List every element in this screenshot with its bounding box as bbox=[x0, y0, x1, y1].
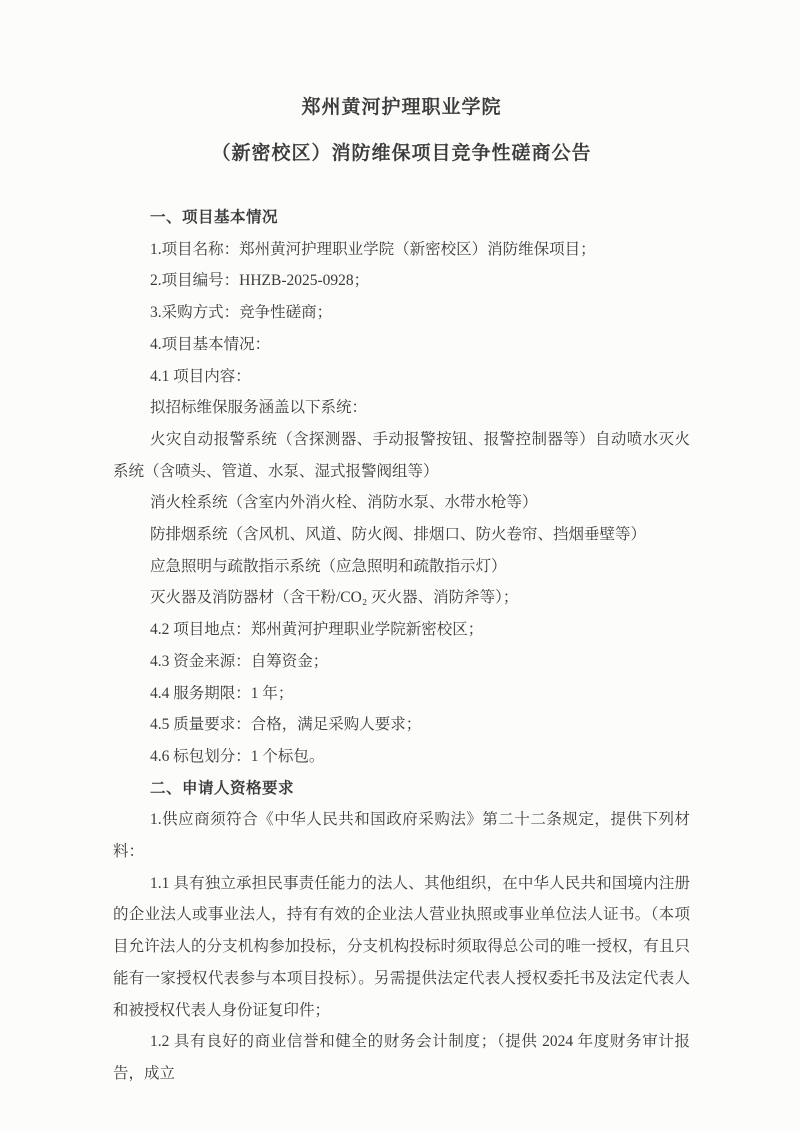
paragraph: 1.2 具有良好的商业信誉和健全的财务会计制度；（提供 2024 年度财务审计报… bbox=[113, 1026, 690, 1089]
paragraph: 3.采购方式：竞争性磋商； bbox=[113, 297, 690, 329]
paragraph: 4.4 服务期限：1 年； bbox=[113, 678, 690, 710]
paragraph: 防排烟系统（含风机、风道、防火阀、排烟口、防火卷帘、挡烟垂壁等） bbox=[113, 519, 690, 551]
paragraph: 4.2 项目地点：郑州黄河护理职业学院新密校区； bbox=[113, 614, 690, 646]
paragraph: 1.项目名称：郑州黄河护理职业学院（新密校区）消防维保项目； bbox=[113, 234, 690, 266]
paragraph: 4.6 标包划分：1 个标包。 bbox=[113, 741, 690, 773]
document-title: 郑州黄河护理职业学院 （新密校区）消防维保项目竞争性磋商公告 bbox=[113, 85, 690, 177]
paragraph: 拟招标维保服务涵盖以下系统： bbox=[113, 392, 690, 424]
paragraph: 4.3 资金来源：自筹资金； bbox=[113, 646, 690, 678]
document-page: 郑州黄河护理职业学院 （新密校区）消防维保项目竞争性磋商公告 一、项目基本情况1… bbox=[0, 0, 800, 1131]
paragraph: 灭火器及消防器材（含干粉/CO₂ 灭火器、消防斧等）； bbox=[113, 582, 690, 614]
paragraph: 4.1 项目内容： bbox=[113, 361, 690, 393]
paragraph: 火灾自动报警系统（含探测器、手动报警按钮、报警控制器等）自动喷水灭火系统（含喷头… bbox=[113, 424, 690, 487]
paragraph: 消火栓系统（含室内外消火栓、消防水泵、水带水枪等） bbox=[113, 487, 690, 519]
paragraph: 1.1 具有独立承担民事责任能力的法人、其他组织，在中华人民共和国境内注册的企业… bbox=[113, 868, 690, 1027]
section-heading: 一、项目基本情况 bbox=[113, 202, 690, 234]
paragraph: 2.项目编号：HHZB-2025-0928； bbox=[113, 265, 690, 297]
document-title-line2: （新密校区）消防维保项目竞争性磋商公告 bbox=[113, 131, 690, 177]
paragraph: 4.5 质量要求：合格，满足采购人要求； bbox=[113, 709, 690, 741]
paragraph: 1.供应商须符合《中华人民共和国政府采购法》第二十二条规定，提供下列材料： bbox=[113, 804, 690, 867]
paragraph: 4.项目基本情况： bbox=[113, 329, 690, 361]
document-title-line1: 郑州黄河护理职业学院 bbox=[113, 85, 690, 131]
document-body: 一、项目基本情况1.项目名称：郑州黄河护理职业学院（新密校区）消防维保项目；2.… bbox=[113, 202, 690, 1090]
section-heading: 二、申请人资格要求 bbox=[113, 773, 690, 805]
paragraph: 应急照明与疏散指示系统（应急照明和疏散指示灯） bbox=[113, 551, 690, 583]
